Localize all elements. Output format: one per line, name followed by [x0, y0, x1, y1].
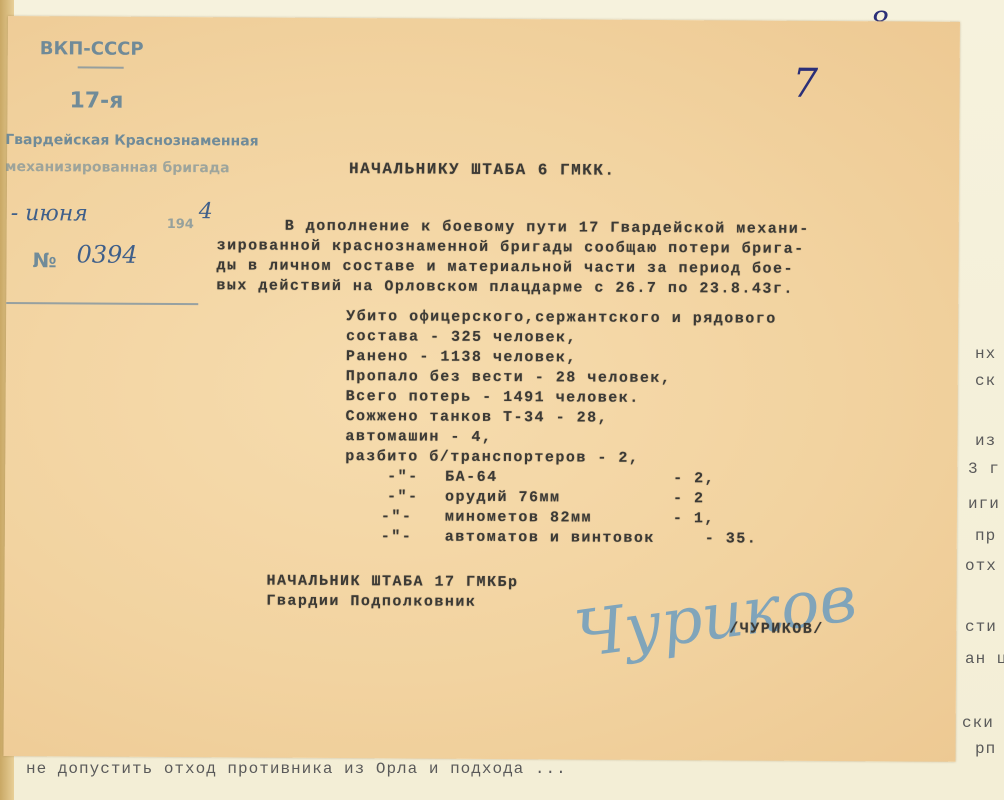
intro-line: вых действий на Орловском плацдарме с 26… [216, 277, 794, 298]
loss-line: Сожжено танков Т-34 - 28, [346, 408, 609, 427]
stamp-line-2: 17-я [69, 88, 123, 113]
fragment: из [975, 432, 996, 450]
loss-line: автомашин - 4, [345, 428, 492, 446]
stamp-line-3: Гвардейская Краснознаменная [5, 132, 259, 150]
loss-line: Всего потерь - 1491 человек. [346, 388, 640, 407]
ditto-value: - 2, [673, 470, 715, 487]
intro-line: В дополнение к боевому пути 17 Гвардейск… [285, 218, 810, 238]
fragment: нх [975, 345, 996, 363]
stamp-line-4: механизированная бригада [5, 159, 230, 176]
fragment: пр [975, 527, 996, 545]
underlying-bottom-line: не допустить отход противника из Орла и … [26, 760, 567, 778]
fragment: сти [965, 618, 997, 636]
ditto-item: БА-64 [445, 469, 498, 486]
loss-line: Ранено - 1138 человек, [346, 348, 577, 366]
ditto-mark: -"- [381, 508, 413, 525]
ditto-mark: -"- [387, 488, 419, 505]
intro-line: ды в личном составе и материальной части… [216, 257, 794, 278]
fragment: рп [975, 740, 996, 758]
loss-line: состава - 325 человек, [346, 328, 577, 346]
stamp-number-label: № [32, 248, 56, 272]
intro-line: зированной краснознаменной бригады сообщ… [217, 237, 805, 258]
loss-line: Пропало без вести - 28 человек, [346, 368, 672, 387]
ditto-value: - 2 [673, 490, 705, 507]
fragment: иги [968, 495, 1000, 513]
signatory-title: НАЧАЛЬНИК ШТАБА 17 ГМКБр [267, 573, 519, 592]
ditto-mark: -"- [387, 468, 419, 485]
fragment: отх [965, 557, 997, 575]
fragment: 3 г [968, 460, 1000, 478]
loss-line: разбито б/транспортеров - 2, [345, 448, 639, 467]
stamp-rule [78, 66, 124, 68]
ditto-item: минометов 82мм [445, 509, 592, 527]
ditto-mark: -"- [381, 528, 413, 545]
stamp-line-1: ВКП-СССР [40, 38, 144, 60]
signatory-name: /ЧУРИКОВ/ [729, 620, 824, 638]
handwritten-signature: Чуриков [571, 562, 861, 673]
signatory-rank: Гвардии Подполковник [266, 593, 476, 611]
fragment: ан ц [965, 650, 1004, 668]
loss-line: Убито офицерского,сержантского и рядовог… [346, 308, 777, 328]
document-sheet: ВКП-СССР 17-я Гвардейская Краснознаменна… [3, 16, 960, 762]
ditto-item: автоматов и винтовок [445, 529, 655, 547]
document-title: НАЧАЛЬНИКУ ШТАБА 6 ГМКК. [349, 160, 616, 180]
ditto-value: - 35. [705, 530, 758, 547]
stamp-date: - июня [11, 201, 88, 226]
stamp-number: 0394 [76, 240, 137, 268]
ditto-item: орудий 76мм [445, 489, 561, 507]
stamp-bottom-rule [6, 302, 198, 305]
ditto-value: - 1, [673, 510, 715, 527]
fragment: ск [975, 372, 996, 390]
page-number: 7 [792, 61, 818, 107]
stamp-year: 194 [167, 217, 194, 232]
fragment: ски [962, 714, 994, 732]
stamp-year-handwritten: 4 [199, 199, 213, 224]
